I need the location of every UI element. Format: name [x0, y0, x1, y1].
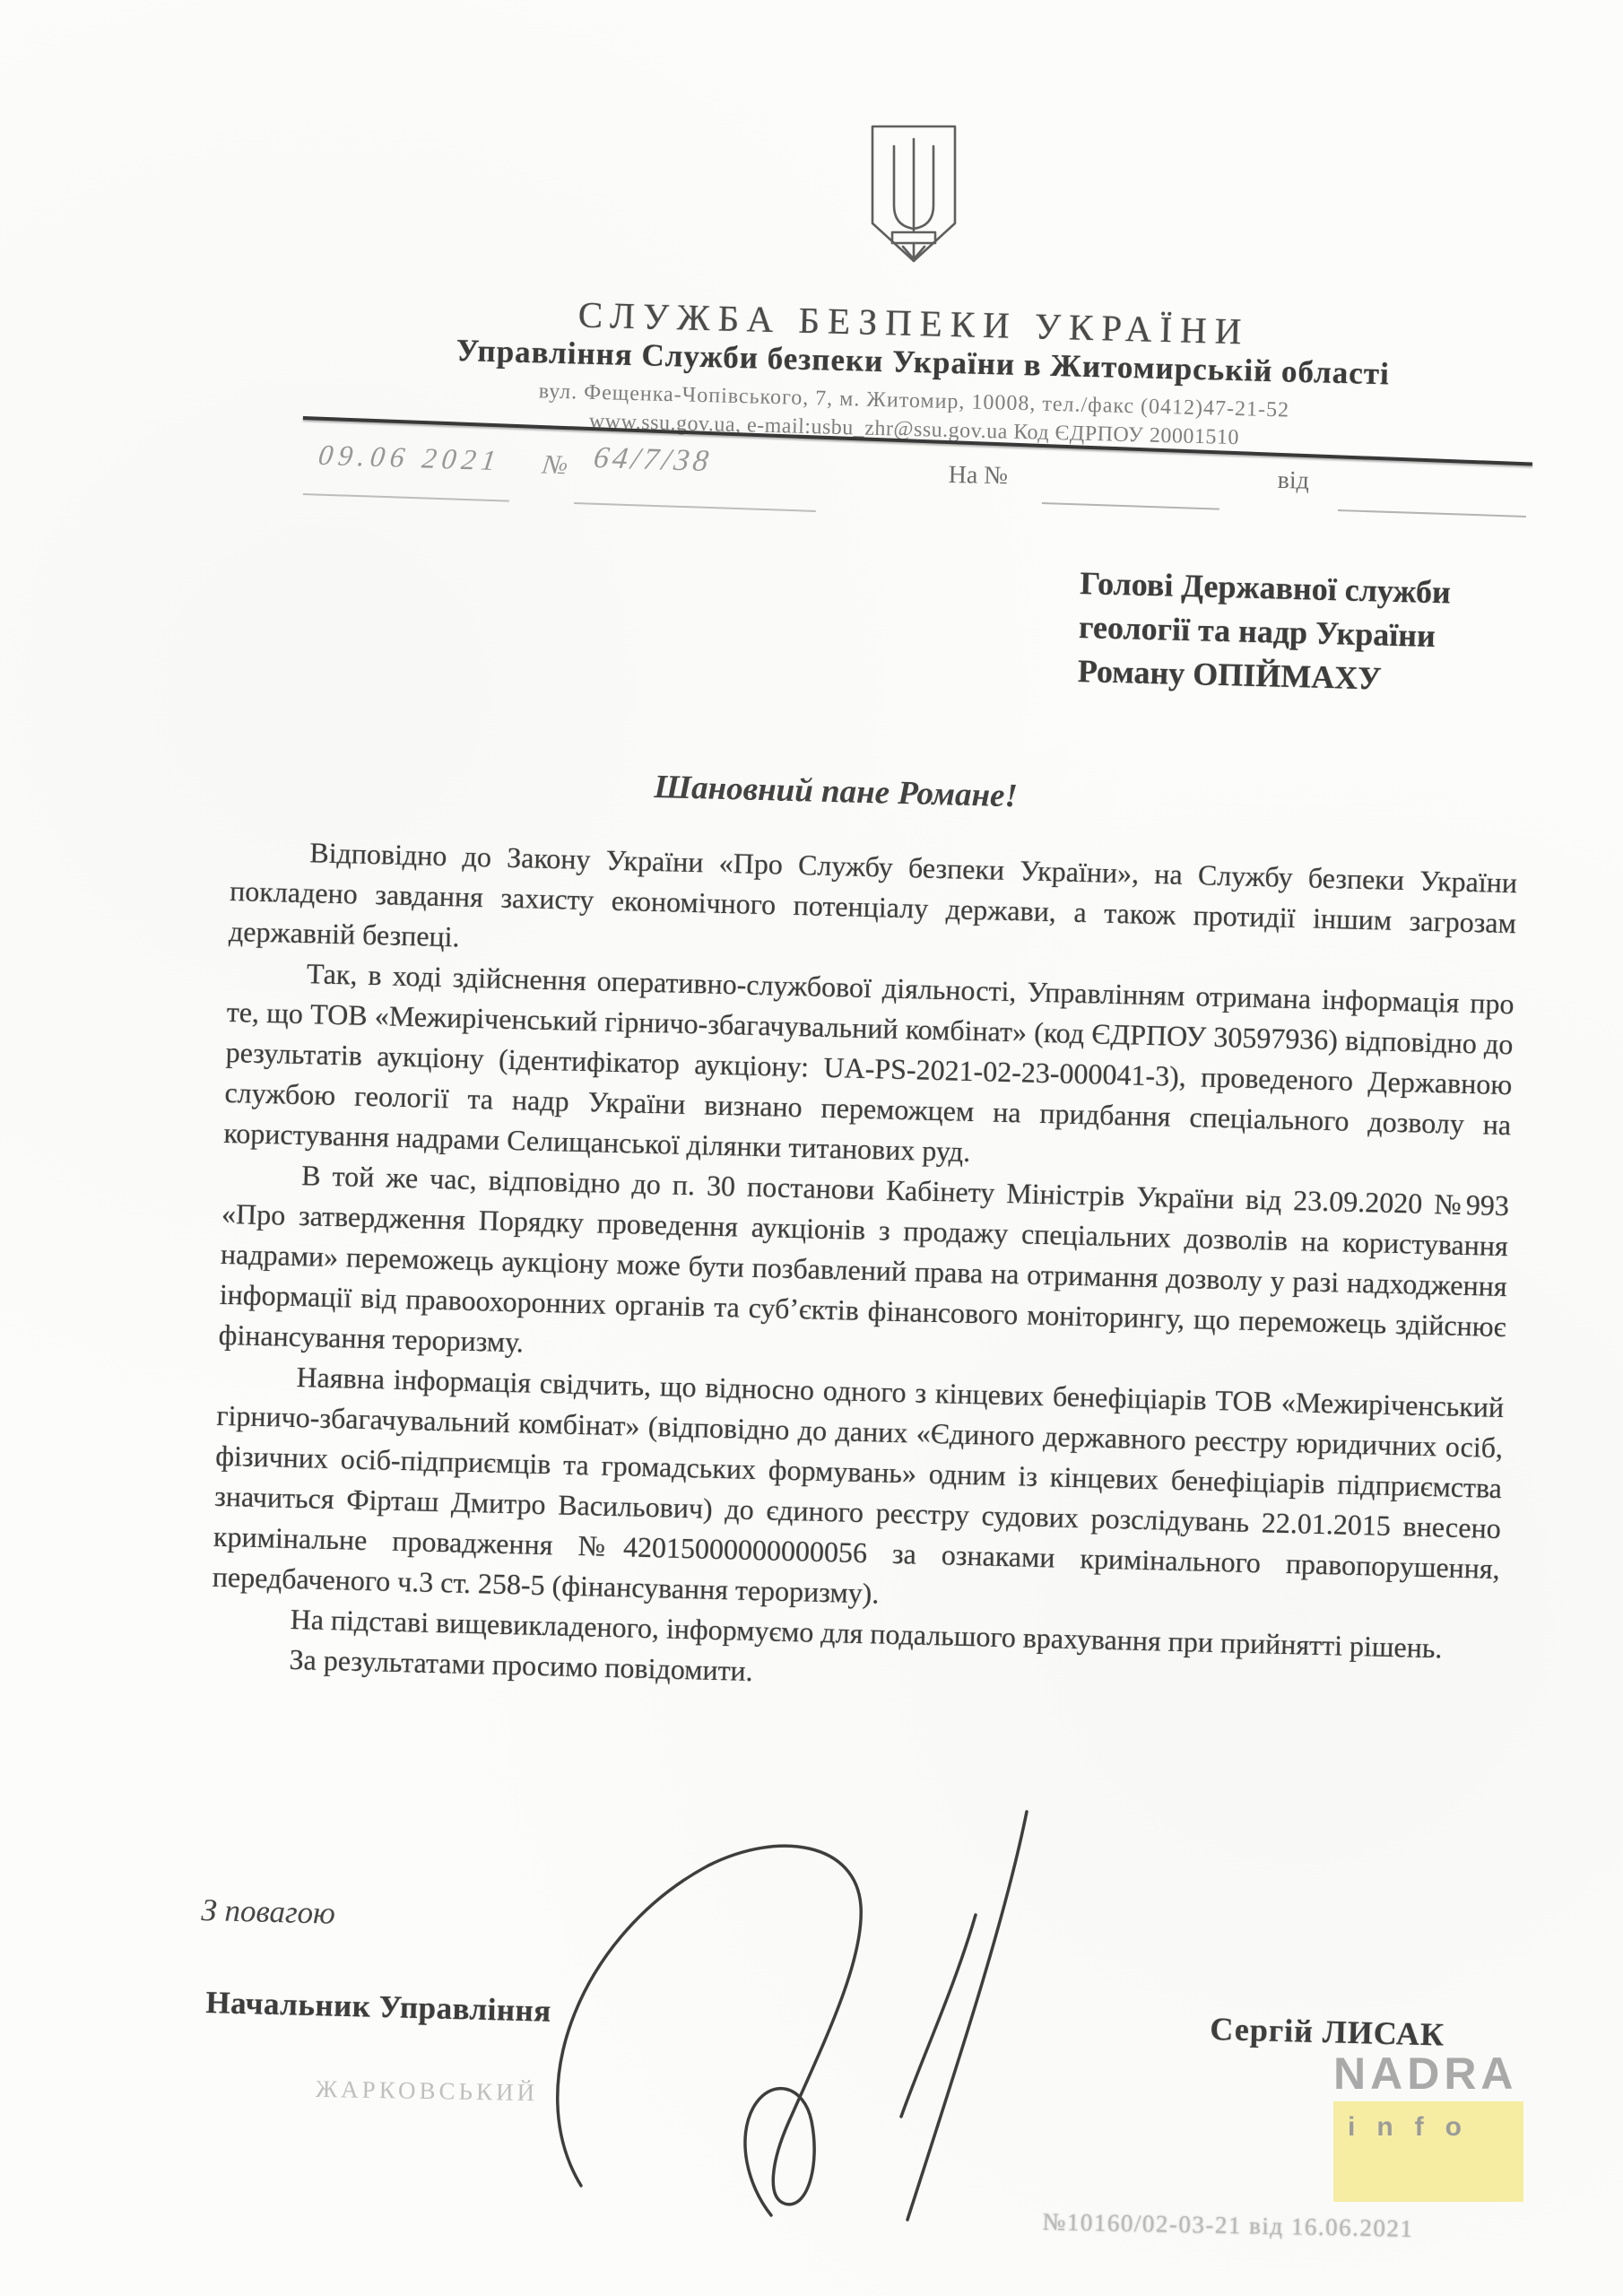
ukraine-trident-emblem-icon — [865, 123, 962, 265]
registration-note: №10160/02-03-21 від 16.06.2021 — [1042, 2208, 1413, 2243]
nadra-info-box: info — [1333, 2101, 1523, 2202]
reply-to-label: На № — [948, 461, 1008, 491]
signer-position: Начальник Управління — [205, 1985, 551, 2030]
paragraph-3: В той же час, відповідно до п. 30 постан… — [218, 1153, 1509, 1387]
number-sign-handwritten: № — [541, 450, 570, 482]
number-underline — [574, 502, 816, 512]
outgoing-date-handwritten: 09.06 2021 — [317, 439, 503, 477]
letter-body: Відповідно до Закону України «Про Службу… — [210, 831, 1517, 1710]
outgoing-number-handwritten: 64/7/38 — [592, 441, 715, 479]
handwritten-signature — [502, 1789, 1076, 2238]
salutation: Шановний пане Романе! — [654, 768, 1019, 815]
reply-from-label: від — [1277, 466, 1309, 496]
paragraph-2: Так, в ході здійснення оперативно-службо… — [223, 952, 1515, 1186]
reply-date-blank — [1338, 509, 1526, 517]
nadra-info-watermark: NADRA info — [1333, 2050, 1549, 2202]
nadra-brand-text: NADRA — [1333, 2050, 1549, 2097]
paragraph-4: Наявна інформація свідчить, що відносно … — [212, 1355, 1504, 1630]
closing-regards: З повагою — [201, 1892, 335, 1932]
signer-name: Сергій ЛИСАК — [1210, 2010, 1445, 2054]
scanned-letter-page: СЛУЖБА БЕЗПЕКИ УКРАЇНИ Управління Служби… — [0, 0, 1623, 2296]
reply-number-blank — [1042, 502, 1219, 510]
nadra-info-text: info — [1333, 2101, 1523, 2143]
date-underline — [303, 493, 509, 502]
recipient-block: Голові Державної служби геології та надр… — [1077, 561, 1511, 704]
